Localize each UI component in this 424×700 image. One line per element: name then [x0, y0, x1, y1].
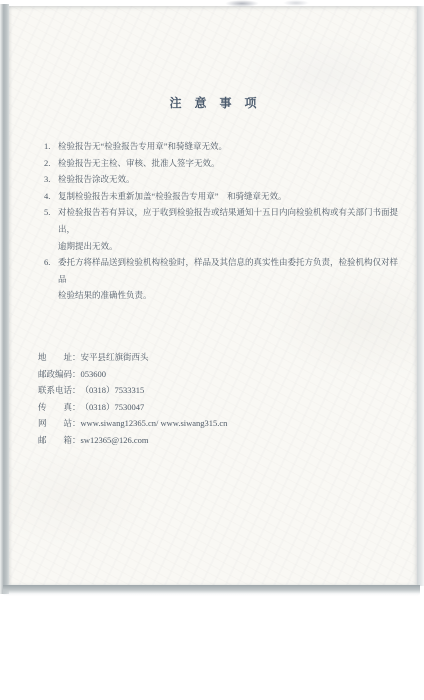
contact-row-website: 网 站： www.siwang12365.cn/ www.siwang315.c…	[38, 415, 227, 432]
contact-value: sw12365@126.com	[81, 432, 149, 449]
scan-smudge	[225, 0, 259, 7]
note-text: 对检验报告若有异议，应于收到检验报告或结果通知十五日内向检验机构或有关部门书面提…	[58, 204, 406, 254]
contact-label: 网 站：	[38, 415, 81, 432]
page-title: 注 意 事 项	[9, 94, 417, 111]
contact-value: 053600	[81, 366, 107, 383]
contact-label: 邮 箱：	[38, 432, 81, 449]
notes-list: 1. 检验报告无“检验报告专用章”和骑缝章无效。 2. 检验报告无主检、审核、批…	[44, 138, 406, 304]
note-number: 2.	[44, 155, 58, 172]
note-item: 2. 检验报告无主检、审核、批准人签字无效。	[44, 155, 406, 172]
note-number: 1.	[44, 138, 58, 155]
scanned-document: 注 意 事 项 1. 检验报告无“检验报告专用章”和骑缝章无效。 2. 检验报告…	[0, 0, 424, 700]
note-item: 3. 检验报告涂改无效。	[44, 171, 406, 188]
note-text: 检验报告无“检验报告专用章”和骑缝章无效。	[58, 138, 406, 155]
contact-row-postcode: 邮政编码： 053600	[38, 366, 227, 383]
note-number: 3.	[44, 171, 58, 188]
contact-label: 联系电话：	[38, 382, 81, 399]
contact-label: 邮政编码：	[38, 366, 81, 383]
note-number: 5.	[44, 204, 58, 221]
contact-block: 地 址： 安平县红旗街西头 邮政编码： 053600 联系电话： （0318）7…	[38, 349, 227, 449]
note-item: 4. 复制检验报告未重新加盖“检验报告专用章” 和骑缝章无效。	[44, 188, 406, 205]
paper-sheet: 注 意 事 项 1. 检验报告无“检验报告专用章”和骑缝章无效。 2. 检验报告…	[9, 6, 417, 585]
contact-value: www.siwang12365.cn/ www.siwang315.cn	[81, 415, 228, 432]
note-text: 检验报告无主检、审核、批准人签字无效。	[58, 155, 406, 172]
contact-value: 安平县红旗街西头	[81, 349, 149, 366]
contact-row-address: 地 址： 安平县红旗街西头	[38, 349, 227, 366]
note-item: 5. 对检验报告若有异议，应于收到检验报告或结果通知十五日内向检验机构或有关部门…	[44, 204, 406, 254]
contact-value: （0318）7533315	[81, 382, 145, 399]
contact-label: 地 址：	[38, 349, 81, 366]
note-number: 6.	[44, 254, 58, 271]
scan-edge-right	[417, 6, 424, 586]
note-item: 6. 委托方将样品送到检验机构检验时，样品及其信息的真实性由委托方负责，检验机构…	[44, 254, 406, 304]
note-text: 委托方将样品送到检验机构检验时，样品及其信息的真实性由委托方负责，检验机构仅对样…	[58, 254, 406, 304]
note-number: 4.	[44, 188, 58, 205]
contact-row-phone: 联系电话： （0318）7533315	[38, 382, 227, 399]
contact-value: （0318）7530047	[81, 399, 145, 416]
contact-row-fax: 传 真： （0318）7530047	[38, 399, 227, 416]
contact-label: 传 真：	[38, 399, 81, 416]
note-text: 检验报告涂改无效。	[58, 171, 406, 188]
scan-edge-left	[0, 4, 9, 594]
scan-shadow-bottom	[3, 585, 420, 596]
scan-smudge	[283, 0, 309, 6]
note-text: 复制检验报告未重新加盖“检验报告专用章” 和骑缝章无效。	[58, 188, 406, 205]
note-item: 1. 检验报告无“检验报告专用章”和骑缝章无效。	[44, 138, 406, 155]
contact-row-email: 邮 箱： sw12365@126.com	[38, 432, 227, 449]
